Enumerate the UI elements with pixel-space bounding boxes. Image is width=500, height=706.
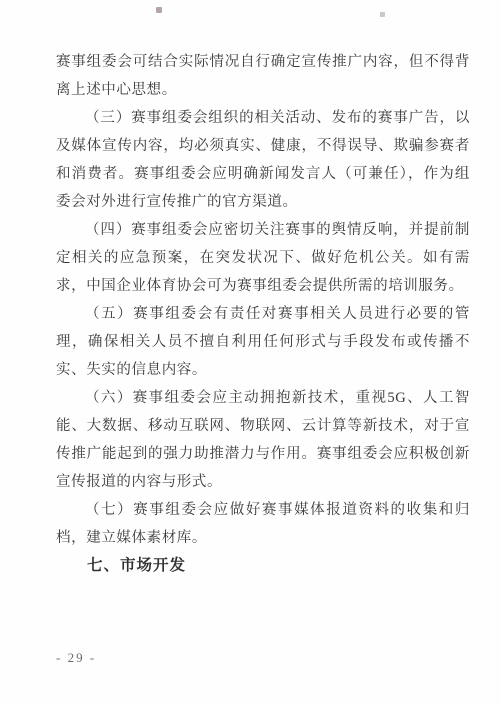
paragraph-item-5: （五）赛事组委会有责任对赛事相关人员进行必要的管理，确保相关人员不擅自利用任何形… [56, 300, 470, 384]
scan-speck [156, 7, 162, 13]
document-body: 赛事组委会可结合实际情况自行确定宣传推广内容，但不得背离上述中心思想。 （三）赛… [56, 48, 470, 580]
paragraph-item-4: （四）赛事组委会应密切关注赛事的舆情反响，并提前制定相关的应急预案，在突发状况下… [56, 216, 470, 300]
paragraph-item-6: （六）赛事组委会应主动拥抱新技术，重视5G、人工智能、大数据、移动互联网、物联网… [56, 384, 470, 496]
document-page: 赛事组委会可结合实际情况自行确定宣传推广内容，但不得背离上述中心思想。 （三）赛… [0, 0, 500, 706]
paragraph-item-3: （三）赛事组委会组织的相关活动、发布的赛事广告，以及媒体宣传内容，均必须真实、健… [56, 104, 470, 216]
page-number: - 29 - [56, 650, 96, 666]
paragraph-item-7: （七）赛事组委会应做好赛事媒体报道资料的收集和归档，建立媒体素材库。 [56, 496, 470, 552]
paragraph-continuation: 赛事组委会可结合实际情况自行确定宣传推广内容，但不得背离上述中心思想。 [56, 48, 470, 104]
scan-speck [380, 12, 385, 17]
section-heading: 七、市场开发 [56, 552, 470, 580]
